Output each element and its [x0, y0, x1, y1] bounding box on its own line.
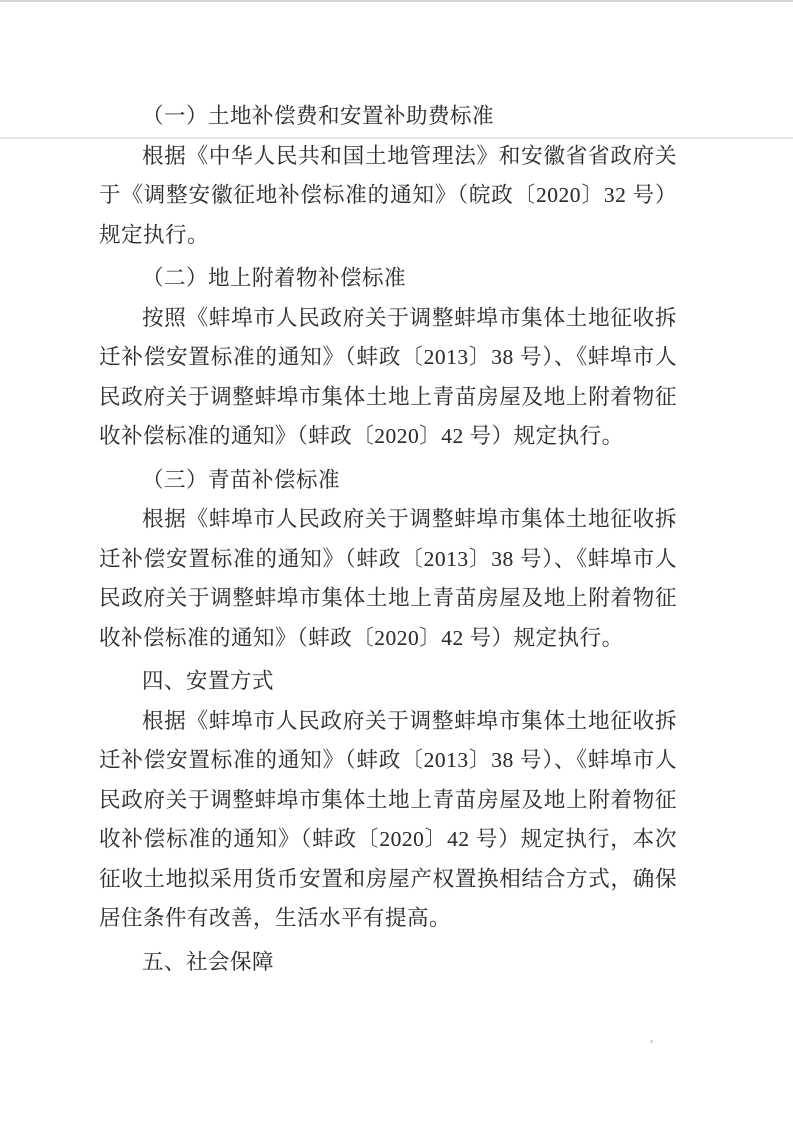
body-paragraph: 根据《蚌埠市人民政府关于调整蚌埠市集体土地征收拆迁补偿安置标准的通知》（蚌政〔2… [99, 702, 677, 939]
section-heading: （一）土地补偿费和安置补助费标准 [99, 97, 677, 137]
scan-top-edge-artifact [0, 0, 793, 2]
document-content: （一）土地补偿费和安置补助费标准根据《中华人民共和国土地管理法》和安徽省省政府关… [99, 97, 677, 982]
section-heading: 四、安置方式 [99, 662, 677, 702]
section-heading: （二）地上附着物补偿标准 [99, 259, 677, 299]
section-heading: （三）青苗补偿标准 [99, 461, 677, 501]
scanned-document-page: （一）土地补偿费和安置补助费标准根据《中华人民共和国土地管理法》和安徽省省政府关… [0, 0, 793, 1121]
section-heading: 五、社会保障 [99, 943, 677, 983]
body-paragraph: 根据《中华人民共和国土地管理法》和安徽省省政府关于《调整安徽征地补偿标准的通知》… [99, 137, 677, 256]
body-paragraph: 按照《蚌埠市人民政府关于调整蚌埠市集体土地征收拆迁补偿安置标准的通知》（蚌政〔2… [99, 299, 677, 457]
scan-speck-artifact [650, 1040, 653, 1043]
body-paragraph: 根据《蚌埠市人民政府关于调整蚌埠市集体土地征收拆迁补偿安置标准的通知》（蚌政〔2… [99, 500, 677, 658]
